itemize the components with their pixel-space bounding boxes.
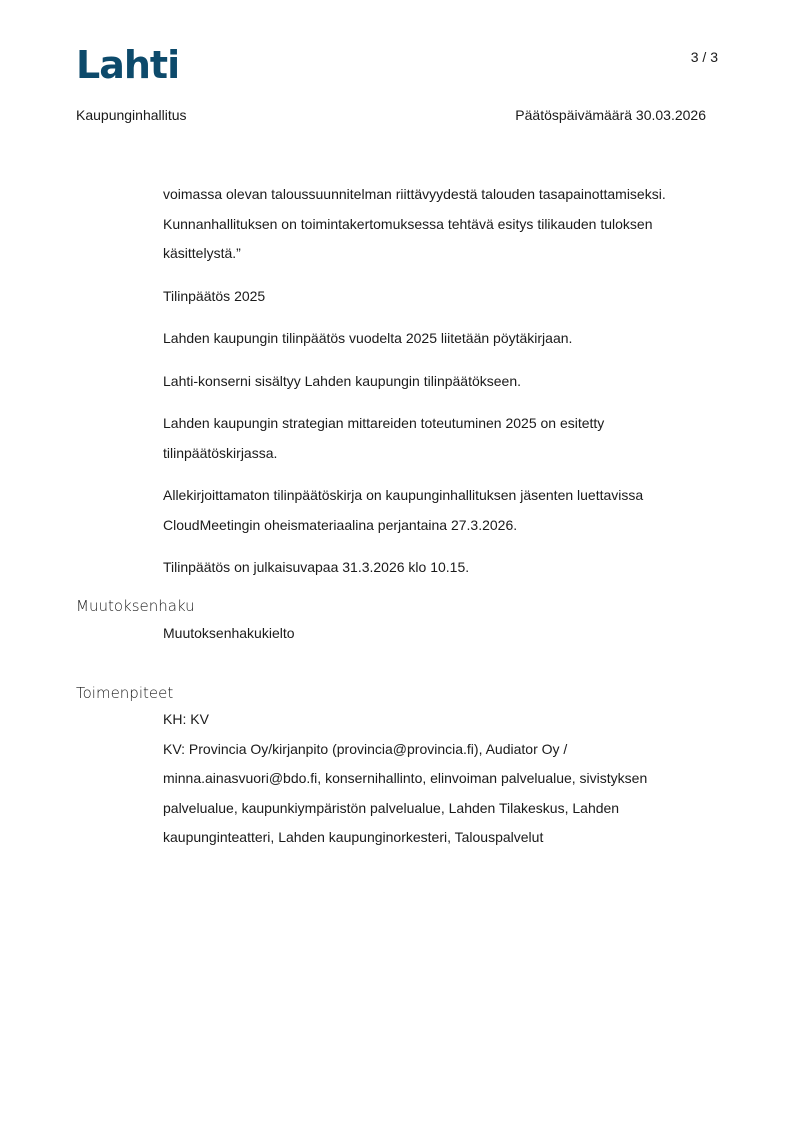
paragraph: Lahden kaupungin tilinpäätös vuodelta 20… bbox=[163, 324, 723, 354]
paragraph-subheading: Tilinpäätös 2025 bbox=[163, 282, 723, 312]
text-line: KV: Provincia Oy/kirjanpito (provincia@p… bbox=[163, 735, 723, 765]
text-line: Lahden kaupungin tilinpäätös vuodelta 20… bbox=[163, 324, 723, 354]
text-line: CloudMeetingin oheismateriaalina perjant… bbox=[163, 511, 723, 541]
text-line: tilinpäätöskirjassa. bbox=[163, 439, 723, 469]
paragraph: Lahti-konserni sisältyy Lahden kaupungin… bbox=[163, 367, 723, 397]
text-line: voimassa olevan taloussuunnitelman riitt… bbox=[163, 180, 723, 210]
text-line: Tilinpäätös 2025 bbox=[163, 282, 723, 312]
paragraph: Tilinpäätös on julkaisuvapaa 31.3.2026 k… bbox=[163, 553, 723, 583]
page-number: 3 / 3 bbox=[691, 49, 718, 65]
text-line: Tilinpäätös on julkaisuvapaa 31.3.2026 k… bbox=[163, 553, 723, 583]
paragraph: voimassa olevan taloussuunnitelman riitt… bbox=[163, 180, 723, 269]
text-line: Muutoksenhakukielto bbox=[163, 619, 723, 649]
text-line: minna.ainasvuori@bdo.fi, konsernihallint… bbox=[163, 764, 723, 794]
text-line: palvelualue, kaupunkiympäristön palvelua… bbox=[163, 794, 723, 824]
text-line: kaupunginteatteri, Lahden kaupunginorkes… bbox=[163, 823, 723, 853]
paragraph: Lahden kaupungin strategian mittareiden … bbox=[163, 409, 723, 468]
actions-body: KH: KV KV: Provincia Oy/kirjanpito (prov… bbox=[163, 705, 723, 853]
lahti-logo: Lahti bbox=[76, 48, 179, 82]
decision-body: voimassa olevan taloussuunnitelman riitt… bbox=[163, 180, 723, 583]
text-line: Lahti-konserni sisältyy Lahden kaupungin… bbox=[163, 367, 723, 397]
organ-name: Kaupunginhallitus bbox=[76, 107, 187, 123]
text-line: KH: KV bbox=[163, 705, 723, 735]
text-line: käsittelystä.” bbox=[163, 239, 723, 269]
text-line: Kunnanhallituksen on toimintakertomukses… bbox=[163, 210, 723, 240]
appeal-body: Muutoksenhakukielto bbox=[163, 619, 723, 649]
text-line: Lahden kaupungin strategian mittareiden … bbox=[163, 409, 723, 439]
appeal-heading: Muutoksenhaku bbox=[76, 597, 195, 615]
paragraph: Allekirjoittamaton tilinpäätöskirja on k… bbox=[163, 481, 723, 540]
text-line: Allekirjoittamaton tilinpäätöskirja on k… bbox=[163, 481, 723, 511]
actions-heading: Toimenpiteet bbox=[76, 684, 173, 702]
decision-date: Päätöspäivämäärä 30.03.2026 bbox=[515, 107, 706, 123]
